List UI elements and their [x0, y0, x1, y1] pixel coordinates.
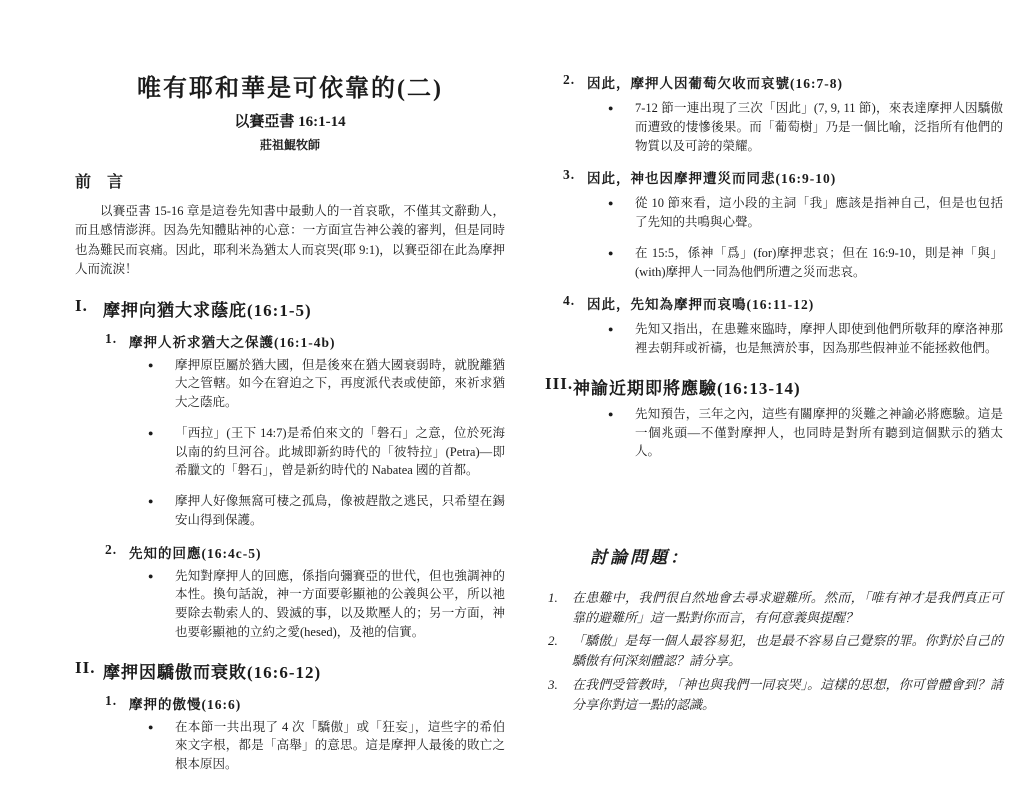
bullet-icon: ●	[608, 99, 635, 155]
subsection-2-4-title: 因此，先知為摩押而哀鳴(16:11-12)	[587, 293, 814, 313]
bullet-item: ● 在 15:5，係神「爲」(for)摩押悲哀；但在 16:9-10，則是神「與…	[608, 244, 1003, 282]
bullet-item: ● 從 10 節來看，這小段的主詞「我」應該是指神自己，但是也包括了先知的共鳴與…	[608, 194, 1003, 232]
bullet-item: ● 7-12 節一連出現了三次「因此」(7, 9, 11 節)，來表達摩押人因驕…	[608, 99, 1003, 155]
bullet-text: 先知對摩押人的回應，係指向彌賽亞的世代，但也強調神的本性。換句話說，神一方面要彰…	[175, 567, 505, 642]
bullet-item: ● 先知又指出，在患難來臨時，摩押人即使到他們所敬拜的摩洛神那裡去朝拜或祈禱，也…	[608, 320, 1003, 358]
bullet-item: ● 先知預告，三年之內，這些有關摩押的災難之神諭必將應驗。這是一個兆頭—不僅對摩…	[608, 405, 1003, 461]
subsection-2-4-heading: 4. 因此，先知為摩押而哀鳴(16:11-12)	[563, 293, 1003, 313]
question-2-text: 「驕傲」是每一個人最容易犯，也是最不容易自己覺察的罪。你對於自己的驕傲有何深刻體…	[572, 631, 1003, 671]
discussion-question-2: 2. 「驕傲」是每一個人最容易犯，也是最不容易自己覺察的罪。你對於自己的驕傲有何…	[548, 631, 1003, 671]
question-3-number: 3.	[548, 675, 572, 715]
subsection-2-2-title: 因此，摩押人因葡萄欠收而哀號(16:7-8)	[587, 72, 843, 92]
bullet-text: 摩押原臣屬於猶大國，但是後來在猶大國衰弱時，就脫離猶大之管轄。如今在窘迫之下，再…	[175, 356, 505, 412]
subsection-1-2-title: 先知的回應(16:4c-5)	[129, 542, 261, 562]
subsection-2-2-number: 2.	[563, 72, 587, 92]
subsection-2-2-heading: 2. 因此，摩押人因葡萄欠收而哀號(16:7-8)	[563, 72, 1003, 92]
question-3-text: 在我們受管教時，「神也與我們一同哀哭」。這樣的思想，你可曾體會到？請分享你對這一…	[572, 675, 1003, 715]
bullet-item: ● 摩押原臣屬於猶大國，但是後來在猶大國衰弱時，就脫離猶大之管轄。如今在窘迫之下…	[148, 356, 505, 412]
section-3-heading: III. 神諭近期即將應驗(16:13-14)	[545, 374, 1003, 399]
section-3-numeral: III.	[545, 374, 573, 399]
section-1-numeral: I.	[75, 296, 103, 321]
subsection-2-3-title: 因此，神也因摩押遭災而同悲(16:9-10)	[587, 167, 836, 187]
bullet-icon: ●	[608, 244, 635, 282]
section-2-numeral: II.	[75, 658, 103, 683]
bullet-text: 先知預告，三年之內，這些有關摩押的災難之神諭必將應驗。這是一個兆頭—不僅對摩押人…	[635, 405, 1003, 461]
subsection-2-3-number: 3.	[563, 167, 587, 187]
subsection-1-1-title: 摩押人祈求猶大之保護(16:1-4b)	[129, 331, 336, 351]
section-1-heading: I. 摩押向猶大求蔭庇(16:1-5)	[75, 296, 505, 321]
subsection-2-1-title: 摩押的傲慢(16:6)	[129, 693, 241, 713]
author-name: 莊祖鯤牧師	[75, 136, 505, 153]
bullet-item: ● 摩押人好像無窩可棲之孤鳥，像被趕散之逃民，只希望在錫安山得到保護。	[148, 492, 505, 530]
subsection-2-3-heading: 3. 因此，神也因摩押遭災而同悲(16:9-10)	[563, 167, 1003, 187]
document-page: 唯有耶和華是可依靠的(二) 以賽亞書 16:1-14 莊祖鯤牧師 前 言 以賽亞…	[0, 0, 1024, 791]
bullet-text: 從 10 節來看，這小段的主詞「我」應該是指神自己，但是也包括了先知的共鳴與心聲…	[635, 194, 1003, 232]
question-1-number: 1.	[548, 588, 572, 628]
right-column: 2. 因此，摩押人因葡萄欠收而哀號(16:7-8) ● 7-12 節一連出現了三…	[545, 62, 1003, 718]
bullet-text: 在本節一共出現了 4 次「驕傲」或「狂妄」，這些字的希伯來文字根，都是「高舉」的…	[175, 718, 505, 774]
bullet-item: ● 「西拉」(王下 14:7)是希伯來文的「磐石」之意，位於死海以南的約旦河谷。…	[148, 424, 505, 480]
subsection-2-4-number: 4.	[563, 293, 587, 313]
subsection-2-1-number: 1.	[105, 693, 129, 713]
bullet-text: 7-12 節一連出現了三次「因此」(7, 9, 11 節)，來表達摩押人因驕傲而…	[635, 99, 1003, 155]
bullet-icon: ●	[148, 718, 175, 774]
scripture-reference: 以賽亞書 16:1-14	[75, 110, 505, 131]
bullet-icon: ●	[608, 194, 635, 232]
bullet-icon: ●	[608, 405, 635, 461]
subsection-1-1-number: 1.	[105, 331, 129, 351]
bullet-item: ● 在本節一共出現了 4 次「驕傲」或「狂妄」，這些字的希伯來文字根，都是「高舉…	[148, 718, 505, 774]
title-block: 唯有耶和華是可依靠的(二) 以賽亞書 16:1-14 莊祖鯤牧師	[75, 68, 505, 153]
section-3-title: 神諭近期即將應驗(16:13-14)	[573, 374, 801, 399]
page-title: 唯有耶和華是可依靠的(二)	[75, 68, 505, 103]
bullet-text: 先知又指出，在患難來臨時，摩押人即使到他們所敬拜的摩洛神那裡去朝拜或祈禱，也是無…	[635, 320, 1003, 358]
bullet-text: 「西拉」(王下 14:7)是希伯來文的「磐石」之意，位於死海以南的約旦河谷。此城…	[175, 424, 505, 480]
bullet-item: ● 先知對摩押人的回應，係指向彌賽亞的世代，但也強調神的本性。換句話說，神一方面…	[148, 567, 505, 642]
subsection-2-1-heading: 1. 摩押的傲慢(16:6)	[105, 693, 505, 713]
section-2-title: 摩押因驕傲而衰敗(16:6-12)	[103, 658, 321, 683]
question-2-number: 2.	[548, 631, 572, 671]
discussion-question-3: 3. 在我們受管教時，「神也與我們一同哀哭」。這樣的思想，你可曾體會到？請分享你…	[548, 675, 1003, 715]
left-column: 唯有耶和華是可依靠的(二) 以賽亞書 16:1-14 莊祖鯤牧師 前 言 以賽亞…	[75, 68, 505, 786]
discussion-question-1: 1. 在患難中，我們很自然地會去尋求避難所。然而，「唯有神才是我們真正可靠的避難…	[548, 588, 1003, 628]
subsection-1-2-heading: 2. 先知的回應(16:4c-5)	[105, 542, 505, 562]
subsection-1-2-number: 2.	[105, 542, 129, 562]
bullet-icon: ●	[148, 424, 175, 480]
discussion-heading: 討論問題：	[590, 543, 1003, 568]
preface-heading: 前 言	[75, 169, 505, 192]
bullet-text: 摩押人好像無窩可棲之孤鳥，像被趕散之逃民，只希望在錫安山得到保護。	[175, 492, 505, 530]
bullet-icon: ●	[148, 492, 175, 530]
question-1-text: 在患難中，我們很自然地會去尋求避難所。然而，「唯有神才是我們真正可靠的避難所」這…	[572, 588, 1003, 628]
bullet-icon: ●	[148, 567, 175, 642]
section-1-title: 摩押向猶大求蔭庇(16:1-5)	[103, 296, 312, 321]
bullet-icon: ●	[148, 356, 175, 412]
subsection-1-1-heading: 1. 摩押人祈求猶大之保護(16:1-4b)	[105, 331, 505, 351]
section-2-heading: II. 摩押因驕傲而衰敗(16:6-12)	[75, 658, 505, 683]
bullet-text: 在 15:5，係神「爲」(for)摩押悲哀；但在 16:9-10，則是神「與」(…	[635, 244, 1003, 282]
bullet-icon: ●	[608, 320, 635, 358]
preface-paragraph: 以賽亞書 15-16 章是這卷先知書中最動人的一首哀歌，不僅其文辭動人，而且感情…	[75, 202, 505, 280]
